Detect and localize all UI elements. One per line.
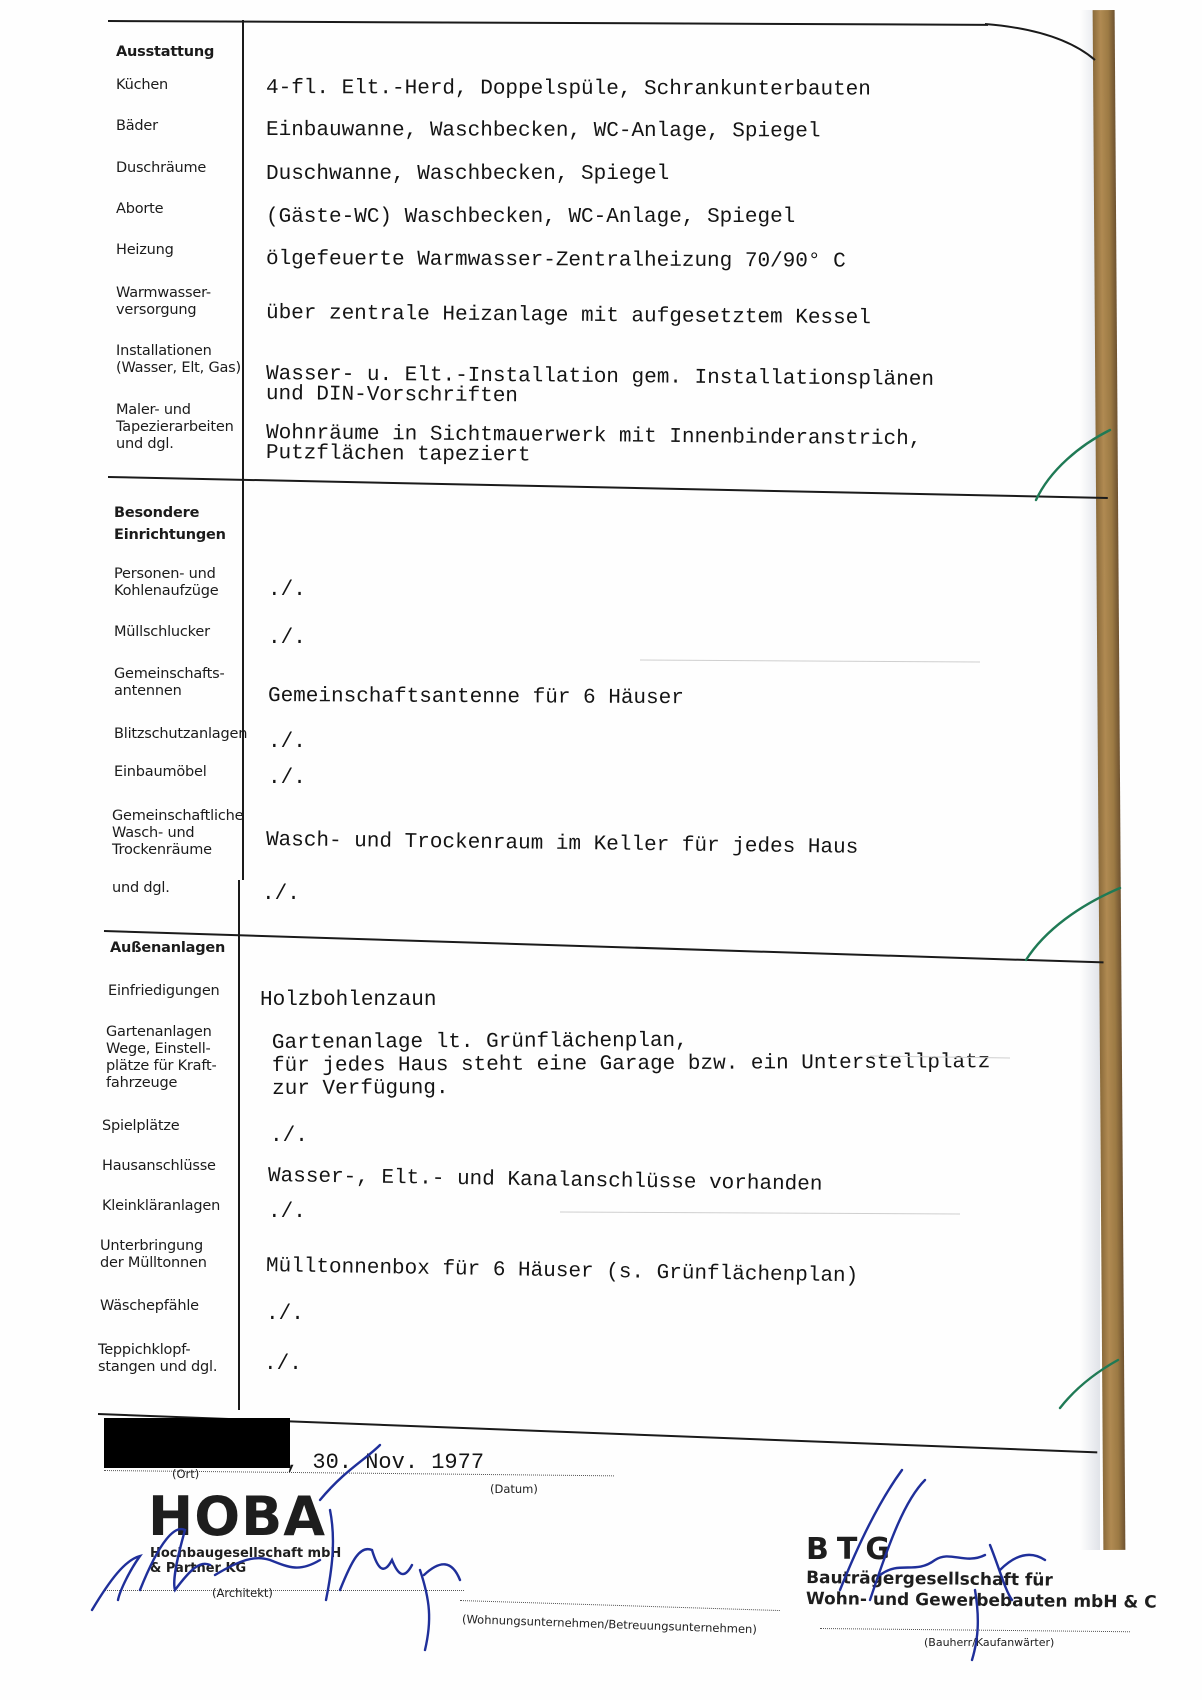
scanned-document-page: Ausstattung Küchen 4-fl. Elt.-Herd, Dopp… bbox=[0, 0, 1202, 1700]
signature-architect-icon bbox=[92, 1445, 460, 1650]
checkmark-icon bbox=[1026, 430, 1120, 1408]
signatures-overlay bbox=[0, 0, 1202, 1700]
signature-builder-icon bbox=[840, 1470, 1045, 1660]
bleed-through-text bbox=[560, 660, 1010, 1214]
